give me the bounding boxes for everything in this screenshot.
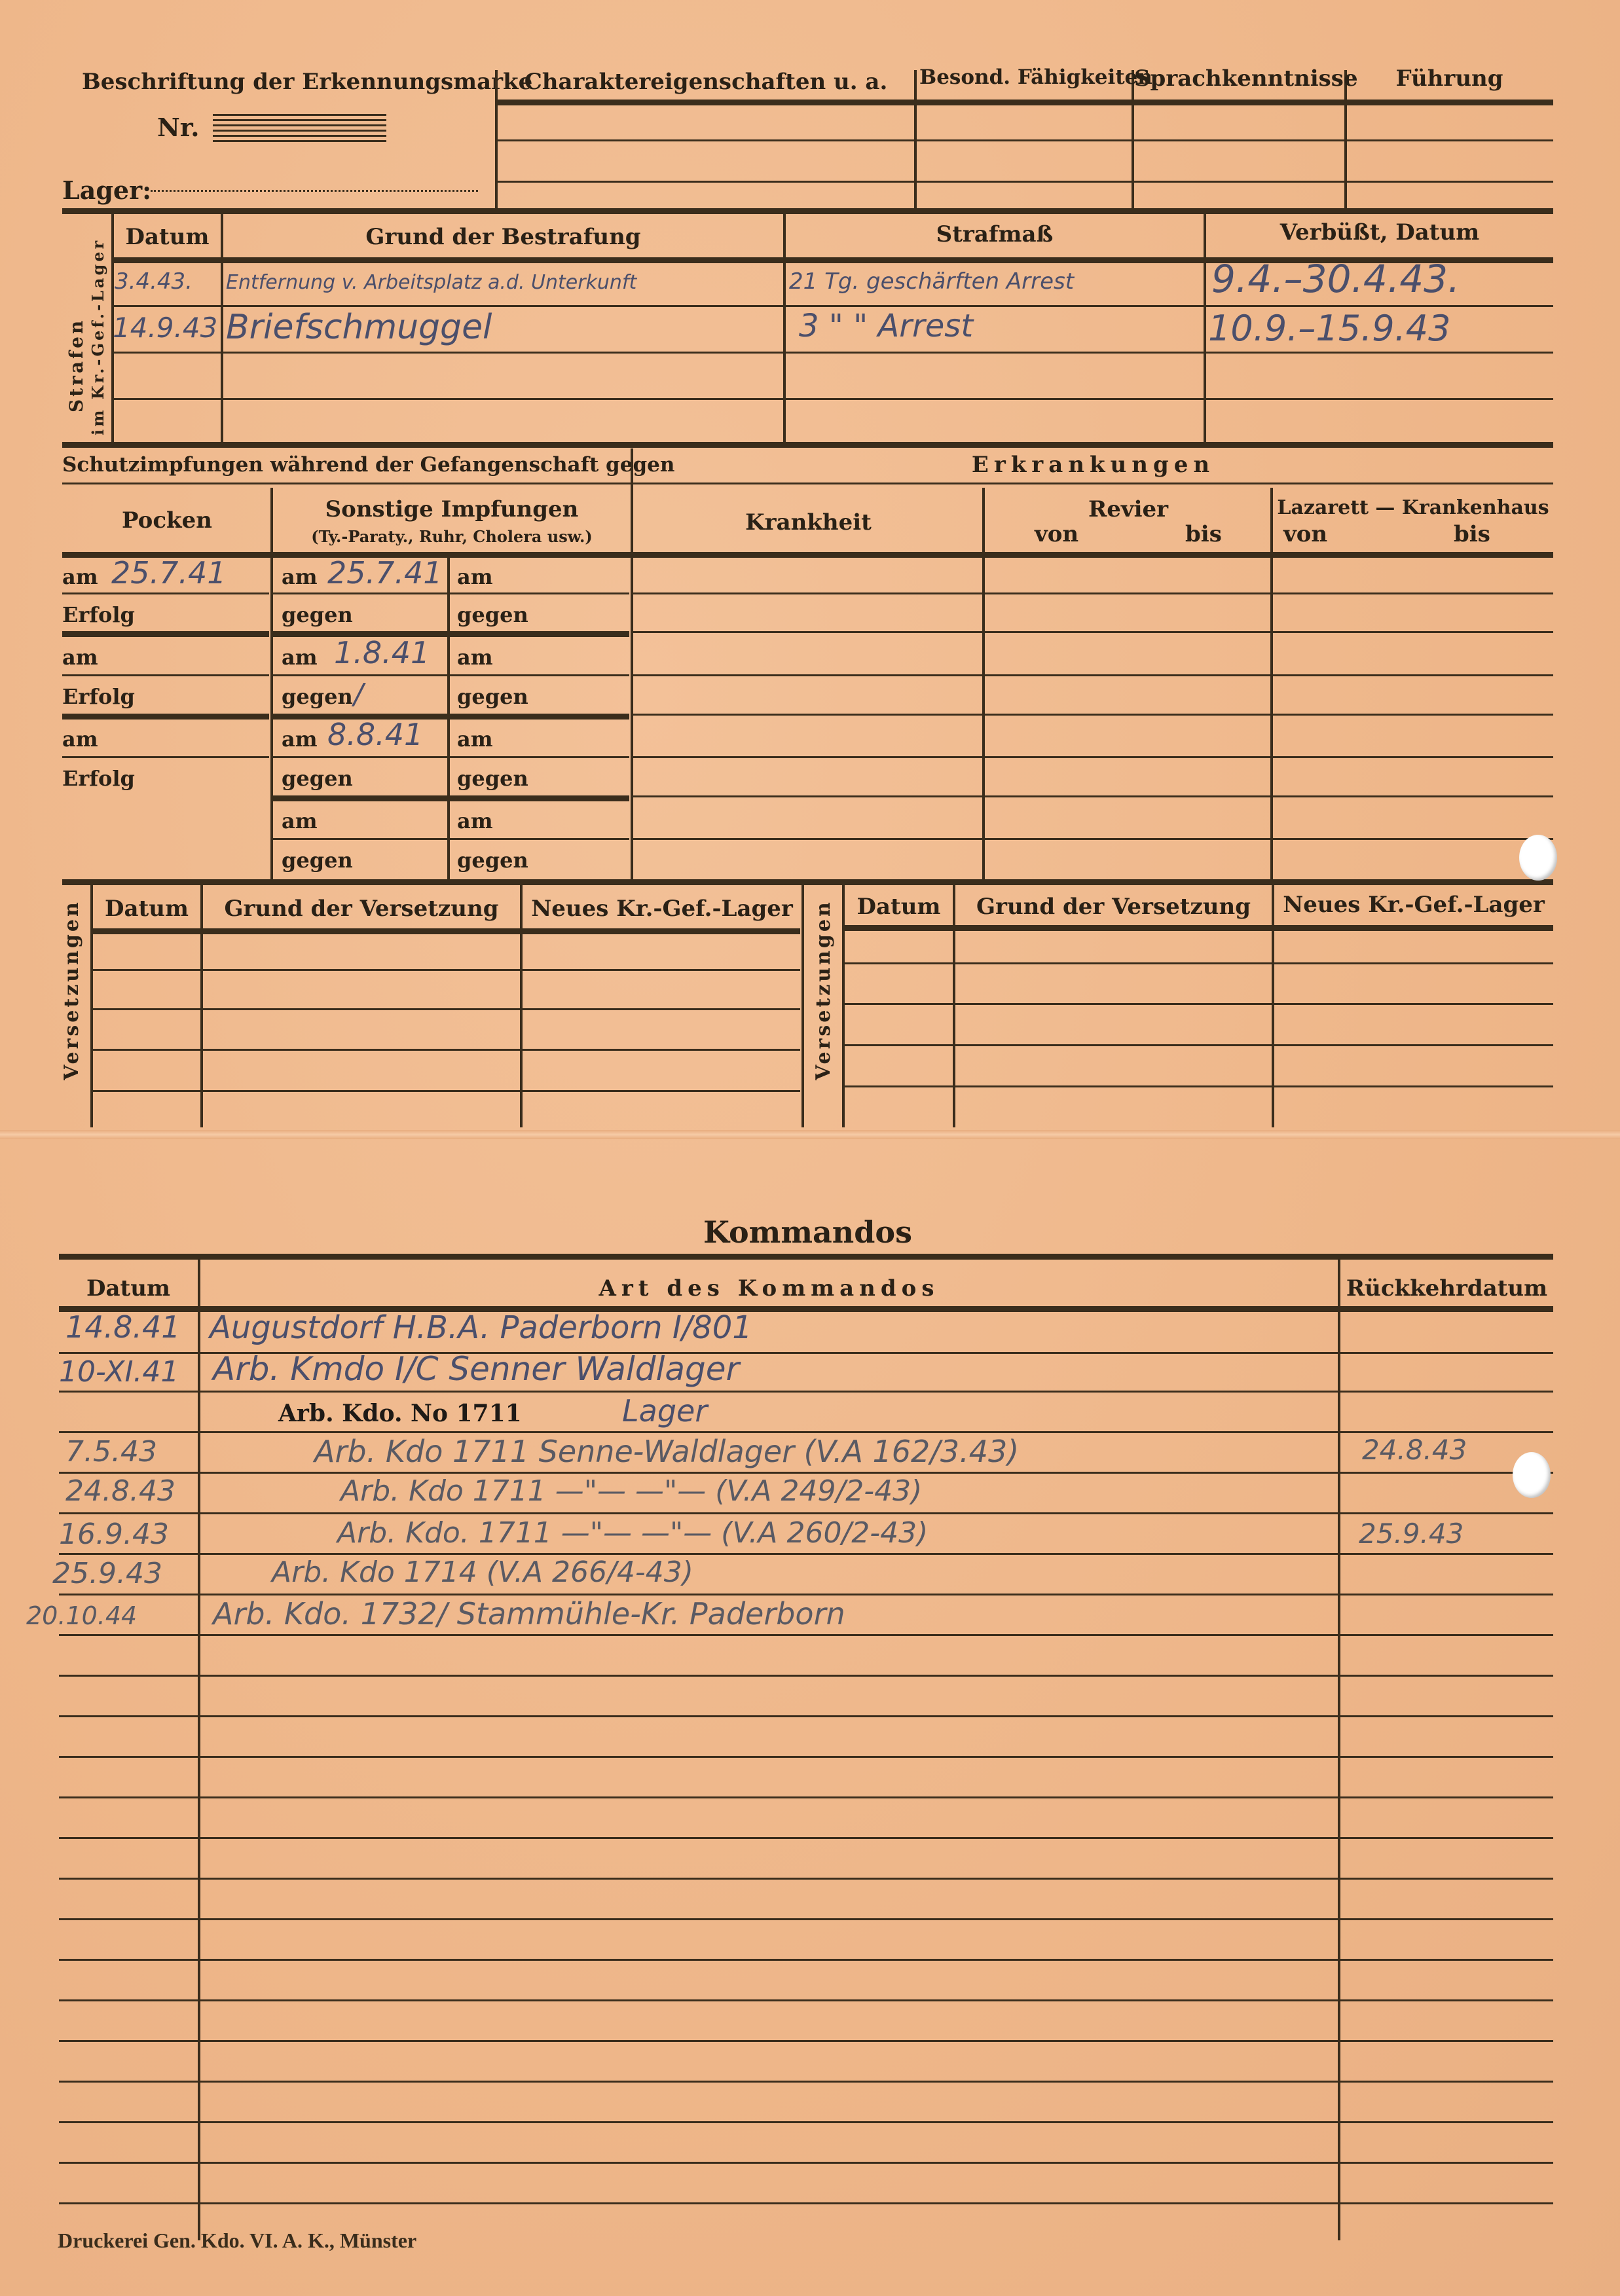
col-charaktereigenschaften: Charaktereigenschaften u. a. — [498, 69, 914, 95]
lazarett-label: Lazarett — Krankenhaus — [1273, 496, 1553, 519]
kommandos-col-datum: Datum — [59, 1275, 198, 1302]
col-sprachkenntnisse: Sprachkenntnisse — [1134, 65, 1344, 92]
sonstige-gegen-2: / — [354, 678, 363, 711]
strafen-side-sublabel: im Kr.-Gef.-Lager — [88, 238, 107, 435]
revier-label: Revier — [985, 496, 1272, 522]
krankheit-label: Krankheit — [633, 509, 984, 536]
kommando-stamp: Arb. Kdo. No 1711 — [278, 1400, 522, 1427]
sonstige-date-1: 25.7.41 — [327, 555, 443, 591]
pow-record-card-back: Beschriftung der Erkennungsmarke Nr. Lag… — [0, 0, 1620, 2296]
erkennungsmarke-label: Beschriftung der Erkennungsmarke — [82, 69, 532, 95]
strafen-col-grund: Grund der Bestrafung — [223, 224, 783, 250]
card-fold — [0, 1130, 1620, 1139]
kommandos-col-rueckkehr: Rückkehrdatum — [1340, 1275, 1553, 1302]
col-fuehrung: Führung — [1347, 65, 1552, 92]
strafen-col-strafmass: Strafmaß — [786, 221, 1204, 247]
punch-hole-upper — [1519, 835, 1557, 881]
pocken-label: Pocken — [62, 507, 272, 534]
strafen-side-label: Strafen — [65, 318, 87, 412]
lager-field[interactable] — [151, 190, 478, 192]
pocken-date-1: 25.7.41 — [111, 555, 227, 591]
sonstige-impfungen-label: Sonstige Impfungen — [273, 496, 631, 522]
kommandos-title: Kommandos — [62, 1214, 1553, 1250]
printer-imprint: Druckerei Gen. Kdo. VI. A. K., Münster — [58, 2229, 416, 2253]
nr-label: Nr. — [157, 113, 200, 142]
versetzungen-side-label-right: Versetzungen — [812, 900, 835, 1080]
lager-label: Lager: — [62, 175, 151, 205]
strafen-col-datum: Datum — [114, 224, 221, 250]
sonstige-date-3: 8.8.41 — [327, 717, 423, 752]
versetzungen-side-label-left: Versetzungen — [60, 900, 83, 1080]
kommandos-col-art: Art des Kommandos — [200, 1275, 1338, 1302]
sonstige-impfungen-sub: (Ty.-Paraty., Ruhr, Cholera usw.) — [273, 527, 631, 546]
impfungen-title: Schutzimpfungen während der Gefangenscha… — [62, 453, 674, 477]
col-besond-faehigkeiten: Besond. Fähigkeiten — [919, 65, 1152, 89]
erkrankungen-title: Erkrankungen — [633, 452, 1553, 478]
punch-hole-lower — [1513, 1452, 1551, 1498]
strafen-col-verbuesst: Verbüßt, Datum — [1206, 219, 1553, 246]
nr-redacted-stripes — [213, 114, 386, 143]
sonstige-date-2: 1.8.41 — [334, 635, 430, 670]
